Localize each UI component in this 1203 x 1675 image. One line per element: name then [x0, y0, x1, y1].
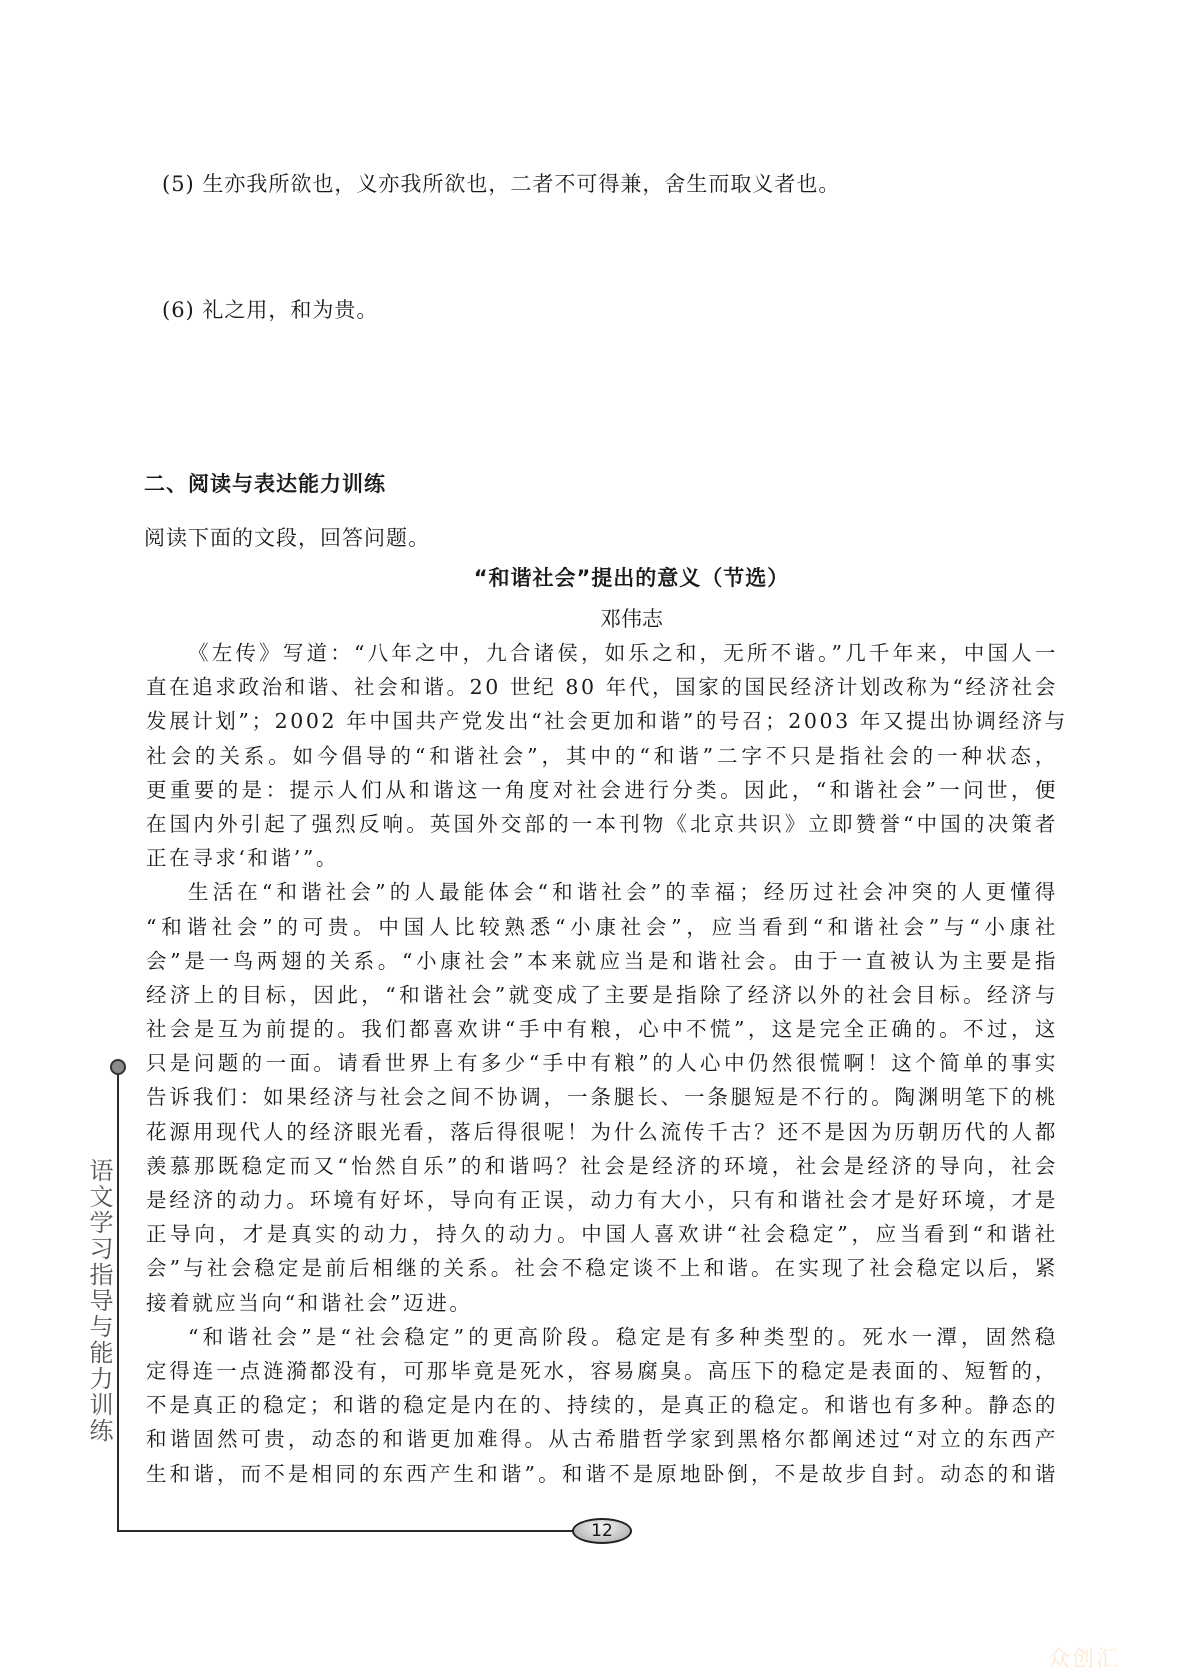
article-line: 经济上的目标，因此，“和谐社会”就变成了主要是指除了经济以外的社会目标。经济与 [146, 978, 1058, 1012]
article-line: 在国内外引起了强烈反响。英国外交部的一本刊物《北京共识》立即赞誉“中国的决策者 [146, 807, 1058, 841]
footer-rule [117, 1530, 573, 1532]
article-line: “和谐社会”是“社会稳定”的更高阶段。稳定是有多种类型的。死水一潭，固然稳 [146, 1320, 1058, 1354]
article-line: 花源用现代人的经济眼光看，落后得很呢！为什么流传千古？还不是因为历朝历代的人都 [146, 1115, 1058, 1149]
article-line: 正在寻求‘和谐’”。 [146, 841, 1058, 875]
sidebar-rule [117, 1074, 119, 1530]
exercise-item-5: (5) 生亦我所欲也，义亦我所欲也，二者不可得兼，舍生而取义者也。 [162, 168, 840, 198]
article-line: 羡慕那既稳定而又“怡然自乐”的和谐吗？社会是经济的环境，社会是经济的导向，社会 [146, 1149, 1058, 1183]
bullet-dot-icon [110, 1059, 126, 1075]
article-line: 发展计划”；2002 年中国共产党发出“社会更加和谐”的号召；2003 年又提出… [146, 704, 1058, 738]
book-title-vertical: 语文学习指导与能力训练 [82, 1158, 112, 1444]
section-title: 二、阅读与表达能力训练 [144, 468, 386, 498]
article-line: 正导向，才是真实的动力，持久的动力。中国人喜欢讲“社会稳定”，应当看到“和谐社 [146, 1217, 1058, 1251]
page-number: 12 [591, 1521, 613, 1541]
article-line: 社会的关系。如今倡导的“和谐社会”，其中的“和谐”二字不只是指社会的一种状态， [146, 739, 1058, 773]
article-line: 直在追求政治和谐、社会和谐。20 世纪 80 年代，国家的国民经济计划改称为“经… [146, 670, 1058, 704]
article-line: 接着就应当向“和谐社会”迈进。 [146, 1286, 1058, 1320]
article-line: 社会是互为前提的。我们都喜欢讲“手中有粮，心中不慌”，这是完全正确的。不过，这 [146, 1012, 1058, 1046]
page-number-badge: 12 [572, 1518, 632, 1544]
article-line: 生活在“和谐社会”的人最能体会“和谐社会”的幸福；经历过社会冲突的人更懂得 [146, 875, 1058, 909]
article-line: 是经济的动力。环境有好坏，导向有正误，动力有大小，只有和谐社会才是好环境，才是 [146, 1183, 1058, 1217]
article-line: 告诉我们：如果经济与社会之间不协调，一条腿长、一条腿短是不行的。陶渊明笔下的桃 [146, 1080, 1058, 1114]
article-line: “和谐社会”的可贵。中国人比较熟悉“小康社会”，应当看到“和谐社会”与“小康社 [146, 910, 1058, 944]
exercise-item-6: (6) 礼之用，和为贵。 [162, 294, 378, 324]
article-line: 会”与社会稳定是前后相继的关系。社会不稳定谈不上和谐。在实现了社会稳定以后，紧 [146, 1251, 1058, 1285]
section-instruction: 阅读下面的文段，回答问题。 [144, 522, 430, 552]
article-line: 《左传》写道：“八年之中，九合诸侯，如乐之和，无所不谐。”几千年来，中国人一 [146, 636, 1058, 670]
article-body: 《左传》写道：“八年之中，九合诸侯，如乐之和，无所不谐。”几千年来，中国人一直在… [146, 636, 1058, 1491]
article-author: 邓伟志 [0, 603, 1203, 633]
article-line: 定得连一点涟漪都没有，可那毕竟是死水，容易腐臭。高压下的稳定是表面的、短暂的， [146, 1354, 1058, 1388]
article-line: 只是问题的一面。请看世界上有多少“手中有粮”的人心中仍然很慌啊！这个简单的事实 [146, 1046, 1058, 1080]
article-line: 不是真正的稳定；和谐的稳定是内在的、持续的，是真正的稳定。和谐也有多种。静态的 [146, 1388, 1058, 1422]
article-line: 更重要的是：提示人们从和谐这一角度对社会进行分类。因此，“和谐社会”一问世，便 [146, 773, 1058, 807]
article-line: 生和谐，而不是相同的东西产生和谐”。和谐不是原地卧倒，不是故步自封。动态的和谐 [146, 1457, 1058, 1491]
article-line: 会”是一鸟两翅的关系。“小康社会”本来就应当是和谐社会。由于一直被认为主要是指 [146, 944, 1058, 978]
article-title: “和谐社会”提出的意义（节选） [0, 562, 1203, 592]
article-line: 和谐固然可贵，动态的和谐更加难得。从古希腊哲学家到黑格尔都阐述过“对立的东西产 [146, 1422, 1058, 1456]
watermark-logo: 众创汇 [1048, 1642, 1120, 1673]
